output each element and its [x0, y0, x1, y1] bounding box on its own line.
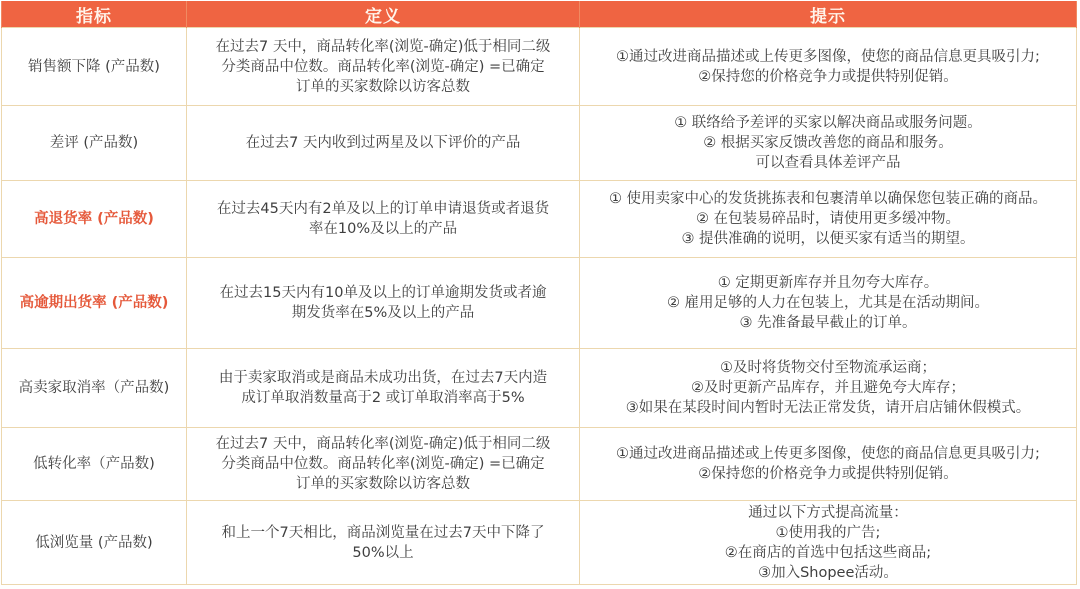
definition-cell: 在过去45天内有2单及以上的订单申请退货或者退货率在10%及以上的产品	[187, 181, 580, 258]
tips-cell: ① 使用卖家中心的发货挑拣表和包裹清单以确保您包装正确的商品。② 在包装易碎品时…	[580, 181, 1077, 258]
definition-line: 在过去15天内有10单及以上的订单逾期发货或者逾	[189, 283, 577, 303]
table-body: 销售额下降 (产品数)在过去7 天中，商品转化率(浏览-确定)低于相同二级分类商…	[2, 28, 1077, 585]
definition-line: 在过去45天内有2单及以上的订单申请退货或者退货	[189, 199, 577, 219]
definition-line: 率在10%及以上的产品	[189, 219, 577, 239]
tip-line: ②保持您的价格竞争力或提供特别促销。	[582, 464, 1074, 484]
tips-cell: ① 联络给予差评的买家以解决商品或服务问题。② 根据买家反馈改善您的商品和服务。…	[580, 106, 1077, 181]
metric-cell: 差评 (产品数)	[2, 106, 187, 181]
tip-line: ②在商店的首选中包括这些商品;	[582, 543, 1074, 563]
tip-line: ② 雇用足够的人力在包装上，尤其是在活动期间。	[582, 293, 1074, 313]
tip-line: ③加入Shopee活动。	[582, 563, 1074, 583]
tip-line: ③ 提供准确的说明，以便买家有适当的期望。	[582, 229, 1074, 249]
tips-cell: ①通过改进商品描述或上传更多图像，使您的商品信息更具吸引力;②保持您的价格竞争力…	[580, 428, 1077, 501]
metrics-table: 指标 定义 提示 销售额下降 (产品数)在过去7 天中，商品转化率(浏览-确定)…	[1, 1, 1077, 585]
definition-line: 在过去7 天中，商品转化率(浏览-确定)低于相同二级	[189, 434, 577, 454]
tips-cell: ① 定期更新库存并且勿夸大库存。② 雇用足够的人力在包装上，尤其是在活动期间。③…	[580, 258, 1077, 349]
definition-line: 在过去7 天中，商品转化率(浏览-确定)低于相同二级	[189, 37, 577, 57]
tip-line: ① 使用卖家中心的发货挑拣表和包裹清单以确保您包装正确的商品。	[582, 189, 1074, 209]
definition-cell: 在过去7 天中，商品转化率(浏览-确定)低于相同二级分类商品中位数。商品转化率(…	[187, 28, 580, 106]
tip-line: ②及时更新产品库存，并且避免夸大库存；	[582, 378, 1074, 398]
tip-line: ① 联络给予差评的买家以解决商品或服务问题。	[582, 113, 1074, 133]
table-row: 销售额下降 (产品数)在过去7 天中，商品转化率(浏览-确定)低于相同二级分类商…	[2, 28, 1077, 106]
table-row: 差评 (产品数)在过去7 天内收到过两星及以下评价的产品① 联络给予差评的买家以…	[2, 106, 1077, 181]
header-definition: 定义	[187, 1, 580, 28]
tip-line: ①通过改进商品描述或上传更多图像，使您的商品信息更具吸引力;	[582, 444, 1074, 464]
tip-line: ①使用我的广告;	[582, 523, 1074, 543]
definition-line: 成订单取消数量高于2 或订单取消率高于5%	[189, 388, 577, 408]
definition-cell: 在过去7 天中，商品转化率(浏览-确定)低于相同二级分类商品中位数。商品转化率(…	[187, 428, 580, 501]
definition-line: 50%以上	[189, 543, 577, 563]
table-row: 高退货率 (产品数)在过去45天内有2单及以上的订单申请退货或者退货率在10%及…	[2, 181, 1077, 258]
metrics-table-container: 指标 定义 提示 销售额下降 (产品数)在过去7 天中，商品转化率(浏览-确定)…	[1, 1, 1076, 585]
metric-cell: 低转化率（产品数)	[2, 428, 187, 501]
table-row: 高卖家取消率（产品数)由于卖家取消或是商品未成功出货，在过去7天内造成订单取消数…	[2, 349, 1077, 428]
definition-line: 由于卖家取消或是商品未成功出货，在过去7天内造	[189, 368, 577, 388]
tip-line: ② 根据买家反馈改善您的商品和服务。	[582, 133, 1074, 153]
header-tips: 提示	[580, 1, 1077, 28]
definition-cell: 在过去15天内有10单及以上的订单逾期发货或者逾期发货率在5%及以上的产品	[187, 258, 580, 349]
definition-line: 订单的买家数除以访客总数	[189, 474, 577, 494]
tip-line: ②保持您的价格竞争力或提供特别促销。	[582, 67, 1074, 87]
tips-cell: ①及时将货物交付至物流承运商；②及时更新产品库存，并且避免夸大库存；③如果在某段…	[580, 349, 1077, 428]
table-row: 高逾期出货率 (产品数)在过去15天内有10单及以上的订单逾期发货或者逾期发货率…	[2, 258, 1077, 349]
tip-line: 可以查看具体差评产品	[582, 153, 1074, 173]
table-header-row: 指标 定义 提示	[2, 1, 1077, 28]
tip-line: ① 定期更新库存并且勿夸大库存。	[582, 273, 1074, 293]
header-metric: 指标	[2, 1, 187, 28]
metric-cell: 高卖家取消率（产品数)	[2, 349, 187, 428]
definition-cell: 由于卖家取消或是商品未成功出货，在过去7天内造成订单取消数量高于2 或订单取消率…	[187, 349, 580, 428]
definition-line: 在过去7 天内收到过两星及以下评价的产品	[189, 133, 577, 153]
definition-line: 分类商品中位数。商品转化率(浏览-确定) =已确定	[189, 454, 577, 474]
tip-line: ② 在包装易碎品时，请使用更多缓冲物。	[582, 209, 1074, 229]
tips-cell: 通过以下方式提高流量：①使用我的广告;②在商店的首选中包括这些商品;③加入Sho…	[580, 501, 1077, 585]
metric-cell: 销售额下降 (产品数)	[2, 28, 187, 106]
metric-cell: 高逾期出货率 (产品数)	[2, 258, 187, 349]
tips-cell: ①通过改进商品描述或上传更多图像，使您的商品信息更具吸引力;②保持您的价格竞争力…	[580, 28, 1077, 106]
definition-line: 期发货率在5%及以上的产品	[189, 303, 577, 323]
metric-cell: 高退货率 (产品数)	[2, 181, 187, 258]
definition-line: 和上一个7天相比，商品浏览量在过去7天中下降了	[189, 523, 577, 543]
tip-line: ①通过改进商品描述或上传更多图像，使您的商品信息更具吸引力;	[582, 47, 1074, 67]
tip-line: ①及时将货物交付至物流承运商；	[582, 358, 1074, 378]
metric-cell: 低浏览量 (产品数)	[2, 501, 187, 585]
definition-cell: 在过去7 天内收到过两星及以下评价的产品	[187, 106, 580, 181]
tip-line: ③ 先准备最早截止的订单。	[582, 313, 1074, 333]
table-row: 低转化率（产品数)在过去7 天中，商品转化率(浏览-确定)低于相同二级分类商品中…	[2, 428, 1077, 501]
definition-line: 订单的买家数除以访客总数	[189, 77, 577, 97]
definition-line: 分类商品中位数。商品转化率(浏览-确定) =已确定	[189, 57, 577, 77]
definition-cell: 和上一个7天相比，商品浏览量在过去7天中下降了50%以上	[187, 501, 580, 585]
tip-line: 通过以下方式提高流量：	[582, 503, 1074, 523]
table-row: 低浏览量 (产品数)和上一个7天相比，商品浏览量在过去7天中下降了50%以上通过…	[2, 501, 1077, 585]
tip-line: ③如果在某段时间内暂时无法正常发货，请开启店铺休假模式。	[582, 398, 1074, 418]
